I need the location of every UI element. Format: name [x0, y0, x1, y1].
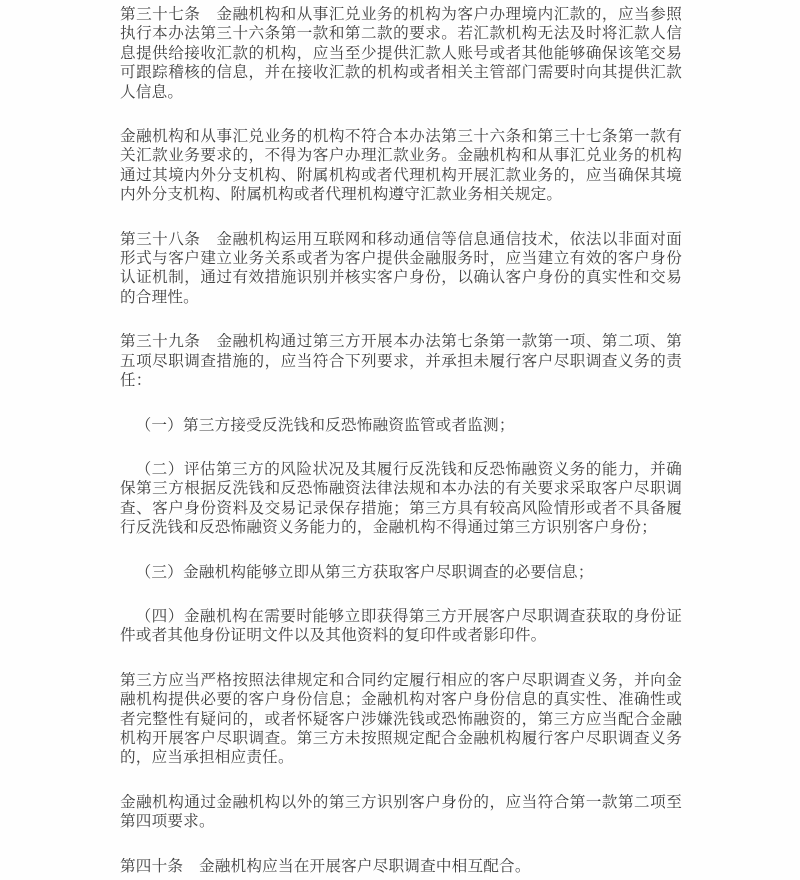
list-item-3: （三）金融机构能够立即从第三方获取客户尽职调查的必要信息； — [120, 563, 682, 582]
paragraph-article-37-clause-2: 金融机构和从事汇兑业务的机构不符合本办法第三十六条和第三十七条第一款有关汇款业务… — [120, 127, 682, 205]
list-item-4: （四）金融机构在需要时能够立即获得第三方开展客户尽职调查获取的身份证件或者其他身… — [120, 607, 682, 646]
paragraph-article-39: 第三十九条 金融机构通过第三方开展本办法第七条第一款第一项、第二项、第五项尽职调… — [120, 332, 682, 390]
paragraph-non-financial-third-party: 金融机构通过金融机构以外的第三方识别客户身份的，应当符合第一款第二项至第四项要求… — [120, 793, 682, 832]
paragraph-third-party-obligation: 第三方应当严格按照法律规定和合同约定履行相应的客户尽职调查义务，并向金融机构提供… — [120, 671, 682, 768]
paragraph-article-38: 第三十八条 金融机构运用互联网和移动通信等信息通信技术，依法以非面对面形式与客户… — [120, 230, 682, 308]
paragraph-article-37: 第三十七条 金融机构和从事汇兑业务的机构为客户办理境内汇款的，应当参照执行本办法… — [120, 5, 682, 102]
list-item-2: （二）评估第三方的风险状况及其履行反洗钱和反恐怖融资义务的能力，并确保第三方根据… — [120, 460, 682, 538]
document-page: 第三十七条 金融机构和从事汇兑业务的机构为客户办理境内汇款的，应当参照执行本办法… — [0, 0, 800, 880]
paragraph-article-40: 第四十条 金融机构应当在开展客户尽职调查中相互配合。 — [120, 857, 682, 876]
list-item-1: （一）第三方接受反洗钱和反恐怖融资监管或者监测； — [120, 416, 682, 435]
